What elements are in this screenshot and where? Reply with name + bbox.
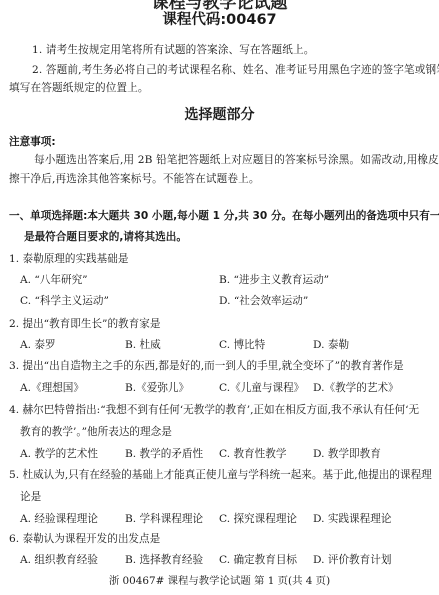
instruction-2-cont: 填写在答题纸规定的位置上。 bbox=[9, 80, 149, 95]
question-6-option-b: B. 选择教育经验 bbox=[125, 552, 203, 567]
notice-label: 注意事项: bbox=[9, 134, 56, 149]
question-1-stem: 1. 泰勒原理的实践基础是 bbox=[9, 251, 128, 266]
notice-line-2: 擦干净后,再选涂其他答案标号。不能答在试题卷上。 bbox=[9, 171, 260, 186]
question-6-option-c: C. 确定教育目标 bbox=[219, 552, 297, 567]
part-heading-line-1: 一、单项选择题:本大题共 30 小题,每小题 1 分,共 30 分。在每小题列出… bbox=[9, 208, 439, 223]
page-footer: 浙 00467# 课程与教学论试题 第 1 页(共 4 页) bbox=[0, 572, 439, 587]
question-1-option-a: A. “八年研究” bbox=[20, 272, 88, 287]
question-1-option-d: D. “社会效率运动” bbox=[219, 293, 308, 308]
question-5-option-b: B. 学科课程理论 bbox=[125, 511, 203, 526]
question-3-option-b: B.《爱弥儿》 bbox=[125, 380, 189, 395]
question-3-option-a: A.《理想国》 bbox=[20, 380, 84, 395]
question-4-stem-line-1: 4. 赫尔巴特曾指出:“我想不到有任何‘无教学的教育’,正如在相反方面,我不承认… bbox=[9, 402, 419, 417]
part-heading-line-2: 是最符合题目要求的,请将其选出。 bbox=[24, 229, 187, 244]
question-2-option-c: C. 博比特 bbox=[219, 337, 265, 352]
instruction-2: 2. 答题前,考生务必将自己的考试课程名称、姓名、准考证号用黑色字迹的签字笔或钢… bbox=[32, 62, 439, 77]
question-4-option-a: A. 教学的艺术性 bbox=[20, 446, 98, 461]
question-3-stem: 3. 提出“出自造物主之手的东西,都是好的,而一到人的手里,就全变坏了”的教育著… bbox=[9, 358, 404, 373]
question-4-stem-line-2: 教育的教学’。”他所表达的理念是 bbox=[20, 424, 172, 439]
question-3-option-c: C.《儿童与课程》 bbox=[219, 380, 304, 395]
question-4-option-c: C. 教育性教学 bbox=[219, 446, 286, 461]
question-4-option-d: D. 教学即教育 bbox=[313, 446, 381, 461]
question-6-stem: 6. 泰勒认为课程开发的出发点是 bbox=[9, 531, 160, 546]
question-1-option-b: B. “进步主义教育运动” bbox=[219, 272, 329, 287]
question-5-option-a: A. 经验课程理论 bbox=[20, 511, 98, 526]
question-6-option-d: D. 评价教育计划 bbox=[313, 552, 391, 567]
question-5-stem-line-1: 5. 杜威认为,只有在经验的基础上才能真正使儿童与学科统一起来。基于此,他提出的… bbox=[9, 467, 432, 482]
question-2-stem: 2. 提出“教育即生长”的教育家是 bbox=[9, 316, 160, 331]
question-2-option-a: A. 泰罗 bbox=[20, 337, 56, 352]
question-3-option-d: D.《教学的艺术》 bbox=[313, 380, 399, 395]
question-2-option-b: B. 杜威 bbox=[125, 337, 161, 352]
question-6-option-a: A. 组织教育经验 bbox=[20, 552, 98, 567]
question-5-stem-line-2: 论是 bbox=[20, 489, 41, 504]
question-5-option-d: D. 实践课程理论 bbox=[313, 511, 391, 526]
course-code: 课程代码:00467 bbox=[0, 8, 439, 29]
notice-line-1: 每小题选出答案后,用 2B 铅笔把答题纸上对应题目的答案标号涂黑。如需改动,用橡… bbox=[34, 152, 439, 167]
question-4-option-b: B. 教学的矛盾性 bbox=[125, 446, 203, 461]
question-5-option-c: C. 探究课程理论 bbox=[219, 511, 297, 526]
question-1-option-c: C. “科学主义运动” bbox=[20, 293, 109, 308]
instruction-1: 1. 请考生按规定用笔将所有试题的答案涂、写在答题纸上。 bbox=[32, 42, 315, 57]
section-title: 选择题部分 bbox=[0, 104, 439, 124]
question-2-option-d: D. 泰勒 bbox=[313, 337, 349, 352]
